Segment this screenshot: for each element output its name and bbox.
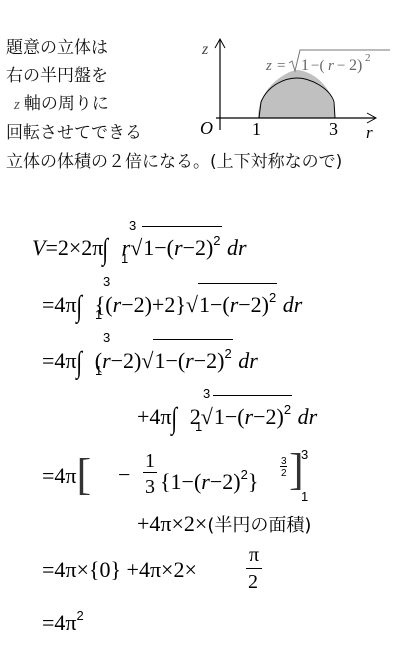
r-axis-label: r — [366, 123, 373, 142]
intro-line-2: 右の半円盤を — [6, 64, 108, 88]
line1-upper-limit: 3 — [129, 219, 136, 232]
line7-frac-num: π — [249, 541, 259, 569]
line5-minus: − — [118, 461, 130, 489]
line5-body: {1−(r−2)2} — [160, 461, 258, 496]
line2-upper-limit: 3 — [103, 275, 110, 288]
tick-1-label: 1 — [252, 119, 261, 139]
intro-line-3: z軸の周りに — [6, 92, 109, 117]
origin-label: O — [200, 118, 213, 138]
axis-var-z: z — [14, 97, 20, 113]
svg-text:r: r — [328, 58, 334, 74]
svg-text:=: = — [277, 58, 285, 74]
intro-line-4: 回転させてできる — [6, 121, 142, 145]
line7-frac-den: 2 — [248, 568, 258, 596]
line5-frac-num: 1 — [145, 447, 155, 475]
svg-text:z: z — [265, 58, 272, 74]
semicircle-region — [258, 70, 335, 118]
equation-line-6: +4π×2×(半円の面積) — [137, 510, 311, 540]
equation-line-7: =4π×{0} +4π×2× — [42, 556, 197, 584]
line3-lower-limit: 1 — [95, 364, 102, 377]
equation-line-2: =4π∫{(r−2)+2}√1−(r−2)2 dr — [42, 283, 302, 321]
line5-frac-den: 3 — [145, 473, 155, 501]
line5-upper-limit: 3 — [301, 448, 308, 461]
equation-line-5: =4π[ — [42, 461, 91, 490]
z-axis-label: z — [201, 41, 209, 58]
equation-line-3: =4π∫(r−2)√1−(r−2)2 dr — [42, 339, 258, 377]
line2-lower-limit: 1 — [95, 308, 102, 321]
equation-line-4: +4π∫2√1−(r−2)2 dr — [137, 395, 317, 433]
line5-lower-limit: 1 — [301, 490, 308, 503]
svg-text:−(: −( — [311, 58, 324, 74]
svg-text:2: 2 — [365, 52, 371, 64]
semicircle-figure: z O 1 3 r z = 1 −( r − 2) 2 — [190, 30, 400, 145]
equation-line-8: =4π2 — [42, 602, 84, 637]
svg-text:2): 2) — [349, 57, 362, 74]
line4-upper-limit: 3 — [203, 387, 210, 400]
line1-lower-limit: 1 — [121, 252, 128, 265]
line3-upper-limit: 3 — [103, 331, 110, 344]
svg-text:1: 1 — [301, 57, 309, 74]
tick-3-label: 3 — [329, 119, 338, 139]
svg-text:−: − — [337, 58, 345, 74]
line5-exp-den: 2 — [281, 467, 287, 480]
curve-equation-label: z = 1 −( r − 2) 2 — [265, 50, 390, 74]
line4-lower-limit: 1 — [195, 420, 202, 433]
intro-line-1: 題意の立体は — [6, 36, 108, 60]
intro-line-5: 立体の体積の２倍になる。(上下対称なので) — [6, 150, 342, 174]
equation-line-1: V=2×2π∫r√1−(r−2)2 dr — [32, 226, 247, 264]
